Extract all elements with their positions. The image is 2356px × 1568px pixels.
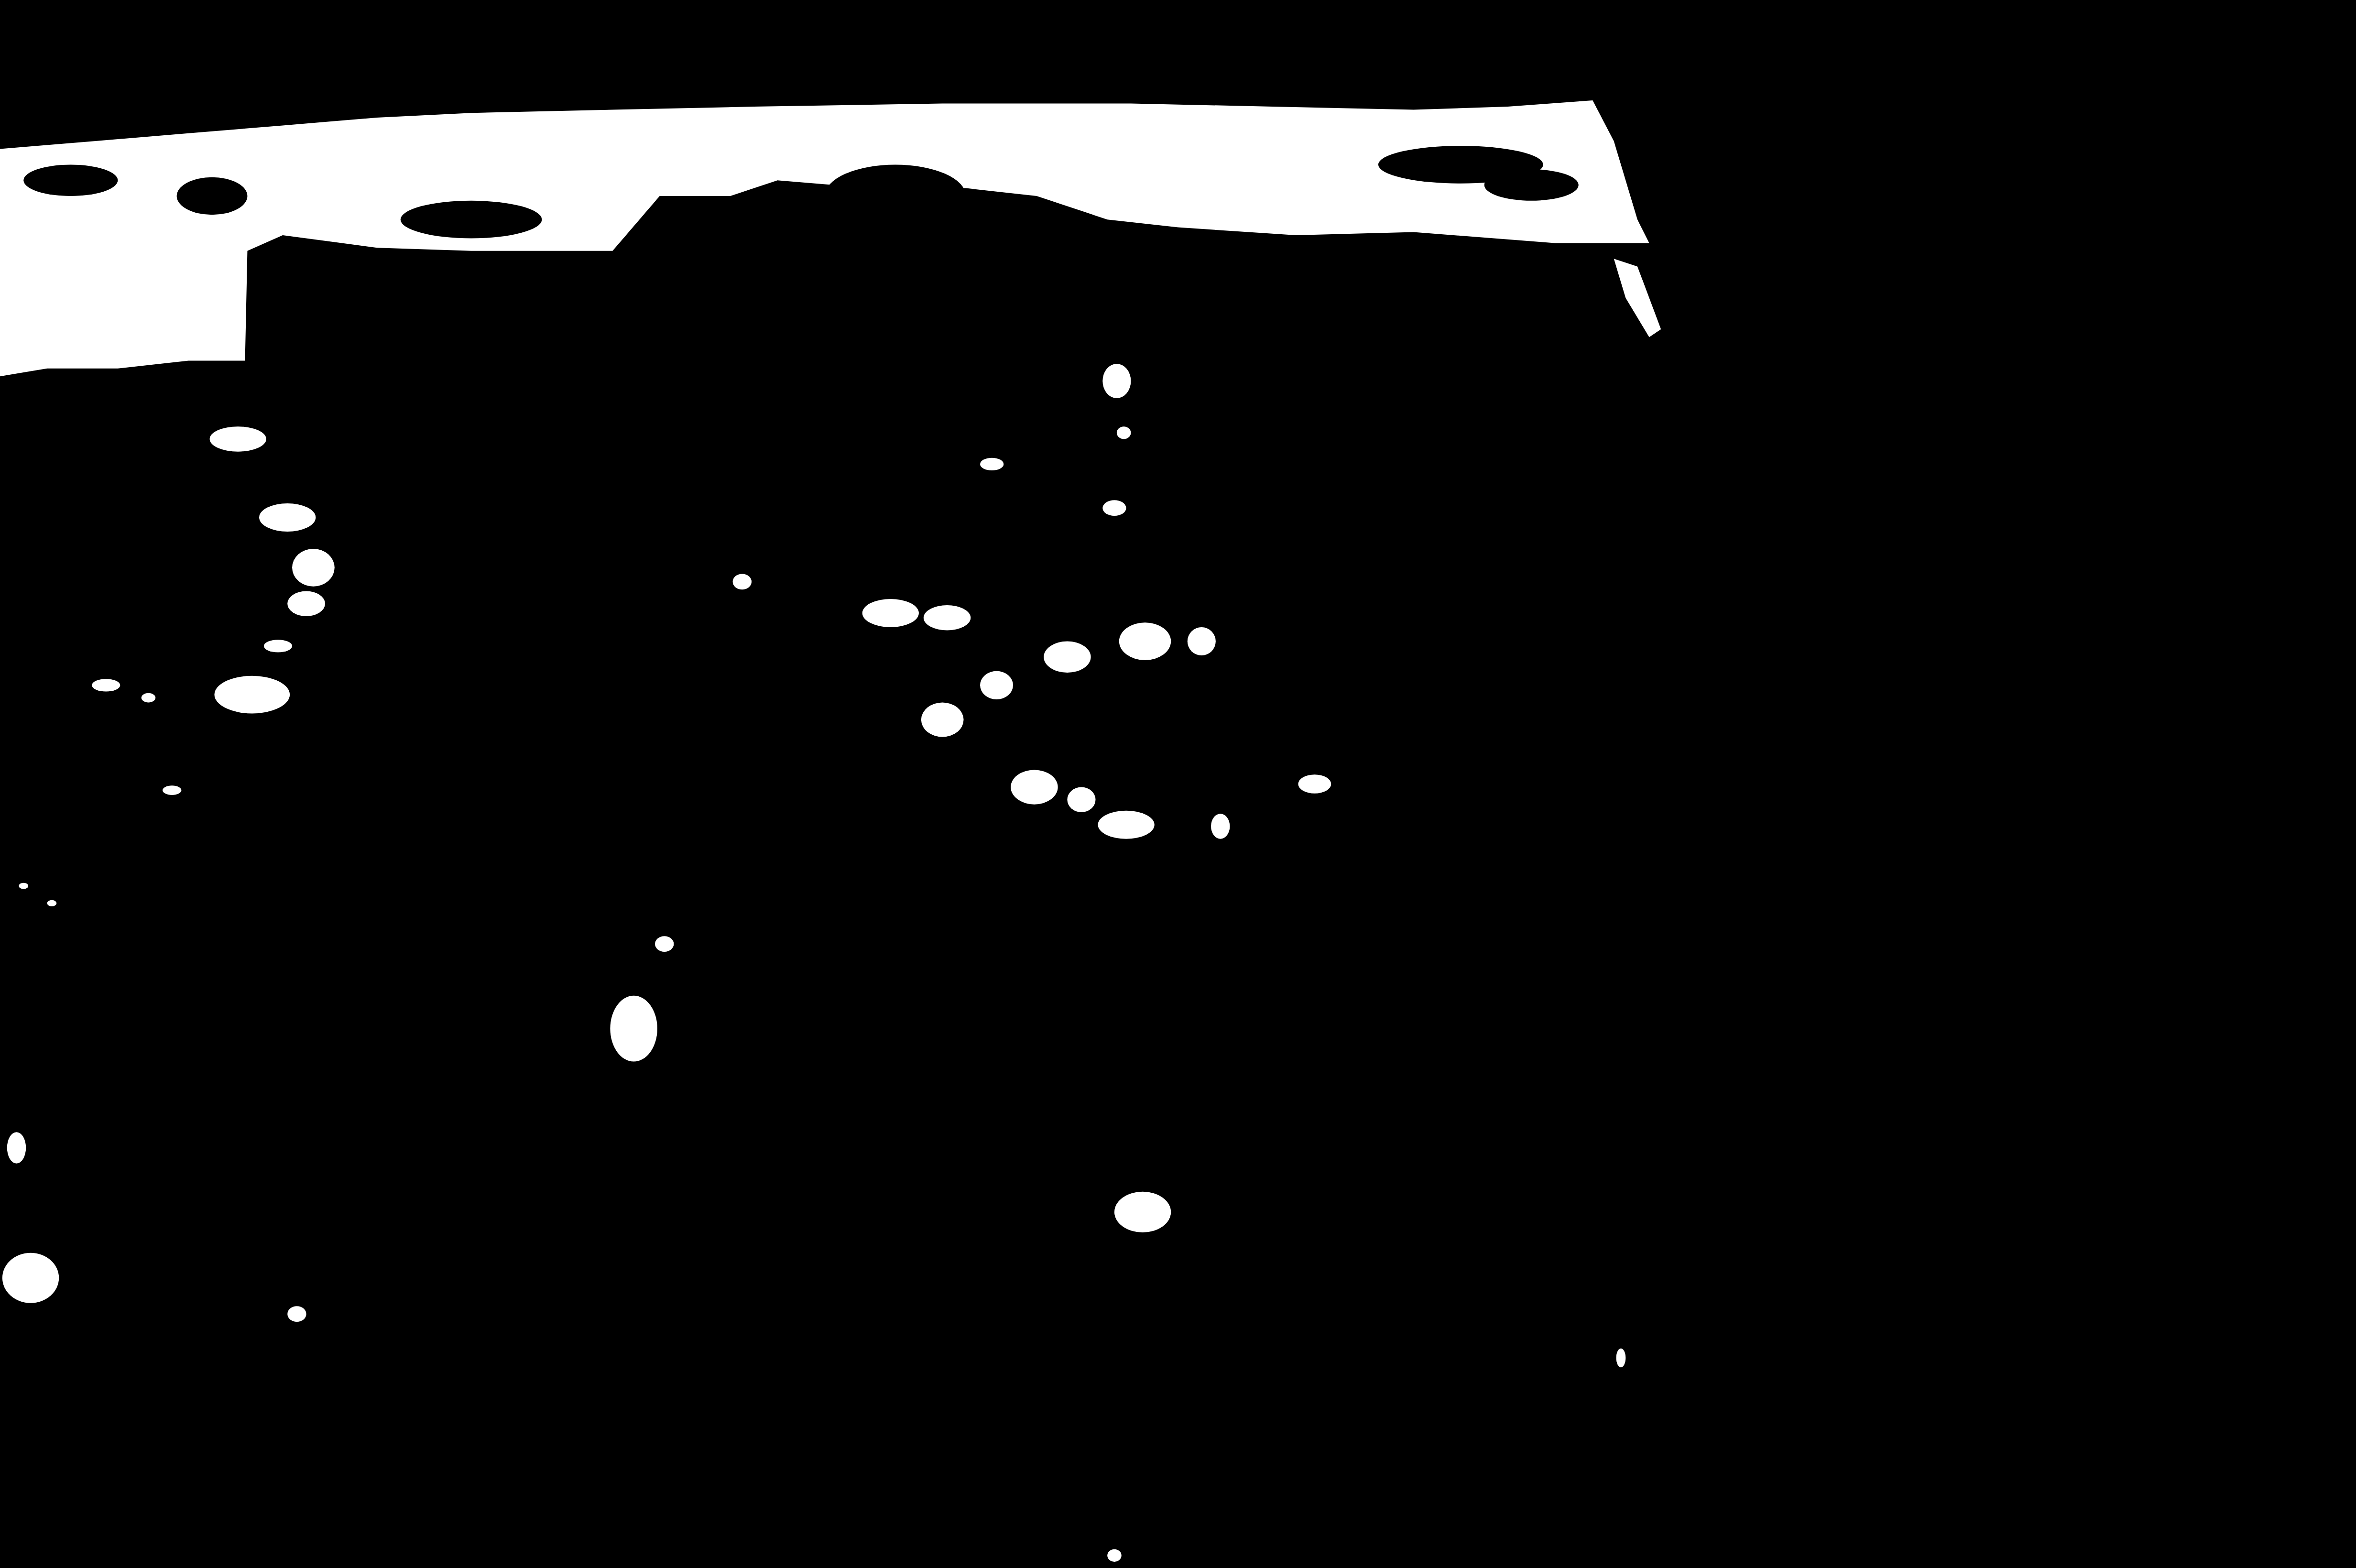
mask-hole: [401, 201, 542, 239]
mask-hole: [23, 164, 118, 196]
mask-blob: [7, 1132, 26, 1164]
mask-blob: [1044, 642, 1091, 673]
mask-blob: [142, 693, 156, 703]
mask-blob: [214, 676, 290, 714]
mask-blob: [292, 549, 335, 587]
mask-blob: [655, 936, 674, 952]
mask-blob: [924, 605, 971, 630]
mask-blob: [921, 702, 964, 737]
mask-blob: [1117, 426, 1131, 439]
mask-blob: [1298, 774, 1331, 793]
mask-blob: [862, 599, 919, 627]
mask-blob: [1119, 622, 1171, 660]
mask-blob: [210, 426, 266, 451]
mask-blob: [1102, 500, 1126, 516]
mask-blob: [1188, 627, 1216, 655]
mask-blob: [980, 671, 1013, 699]
mask-blob: [2, 1253, 59, 1303]
mask-blob: [733, 574, 752, 589]
mask-blob: [163, 785, 181, 795]
mask-blob: [287, 1306, 306, 1322]
mask-blob: [287, 591, 325, 616]
mask-blob: [47, 900, 57, 906]
mask-hole: [177, 177, 248, 215]
mask-blob: [264, 640, 292, 652]
mask-blob: [1011, 770, 1058, 804]
mask-blob: [1098, 811, 1154, 839]
mask-blob: [1114, 1192, 1171, 1232]
mask-blob: [1616, 1349, 1626, 1367]
mask-blob: [1107, 1549, 1122, 1562]
mask-blob: [1067, 787, 1095, 812]
mask-blob: [1102, 364, 1131, 398]
mask-hole: [825, 164, 966, 227]
mask-hole: [1484, 169, 1579, 201]
mask-blob: [259, 503, 316, 532]
mask-blob: [980, 458, 1003, 470]
mask-blob: [92, 679, 120, 691]
segmentation-mask: [0, 0, 2356, 1568]
mask-blob: [1211, 814, 1230, 838]
mask-blob: [19, 883, 28, 889]
mask-blob: [610, 996, 657, 1062]
